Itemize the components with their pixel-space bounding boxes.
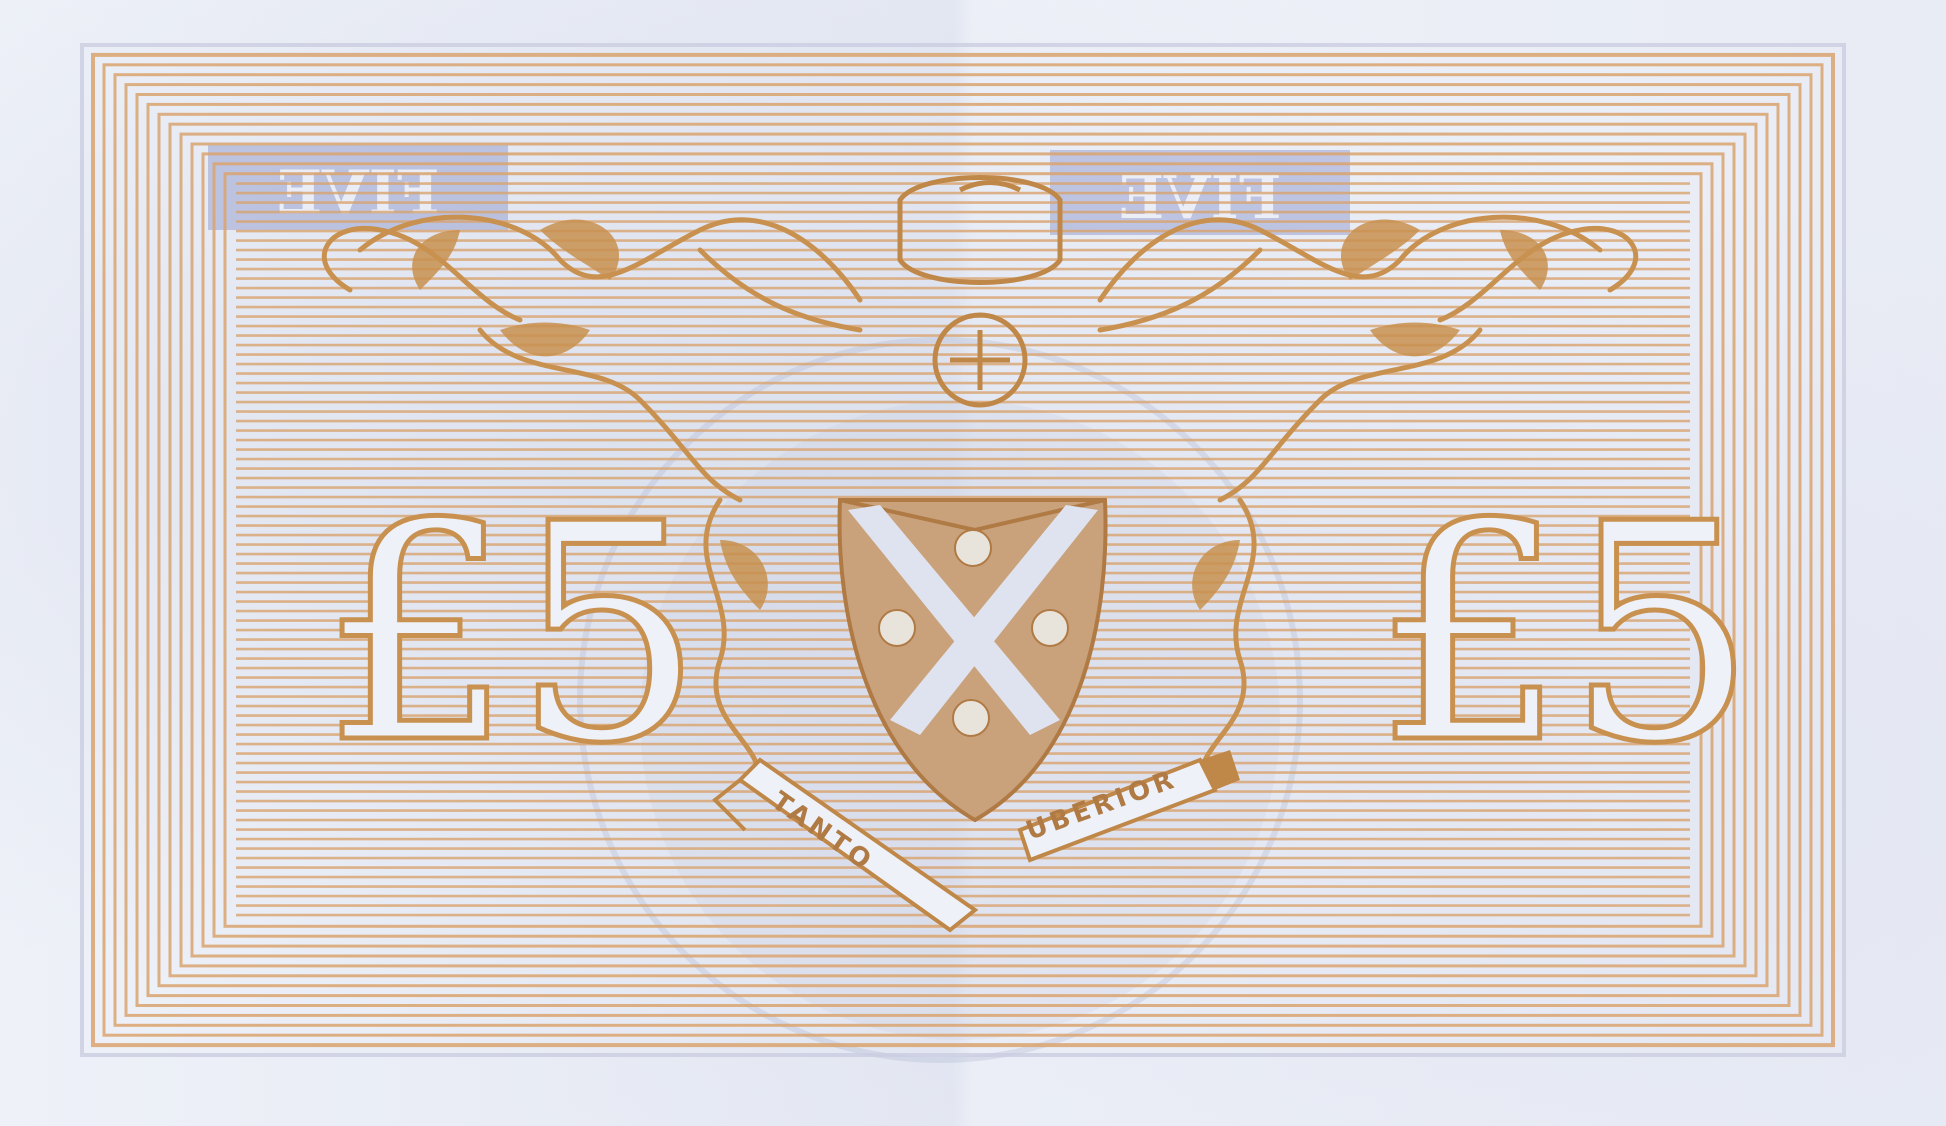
- roundel-left: [879, 610, 915, 646]
- note-artwork: FIVE FIVE: [0, 0, 1946, 1126]
- banknote-reverse: FIVE FIVE: [0, 0, 1946, 1126]
- denomination-right: £5: [1375, 460, 1757, 809]
- roundel-top: [955, 530, 991, 566]
- denomination-right-text: £5: [1375, 460, 1757, 809]
- denomination-left-text: £5: [322, 460, 704, 809]
- roundel-bottom: [953, 700, 989, 736]
- denomination-left: £5: [322, 460, 704, 809]
- roundel-right: [1032, 610, 1068, 646]
